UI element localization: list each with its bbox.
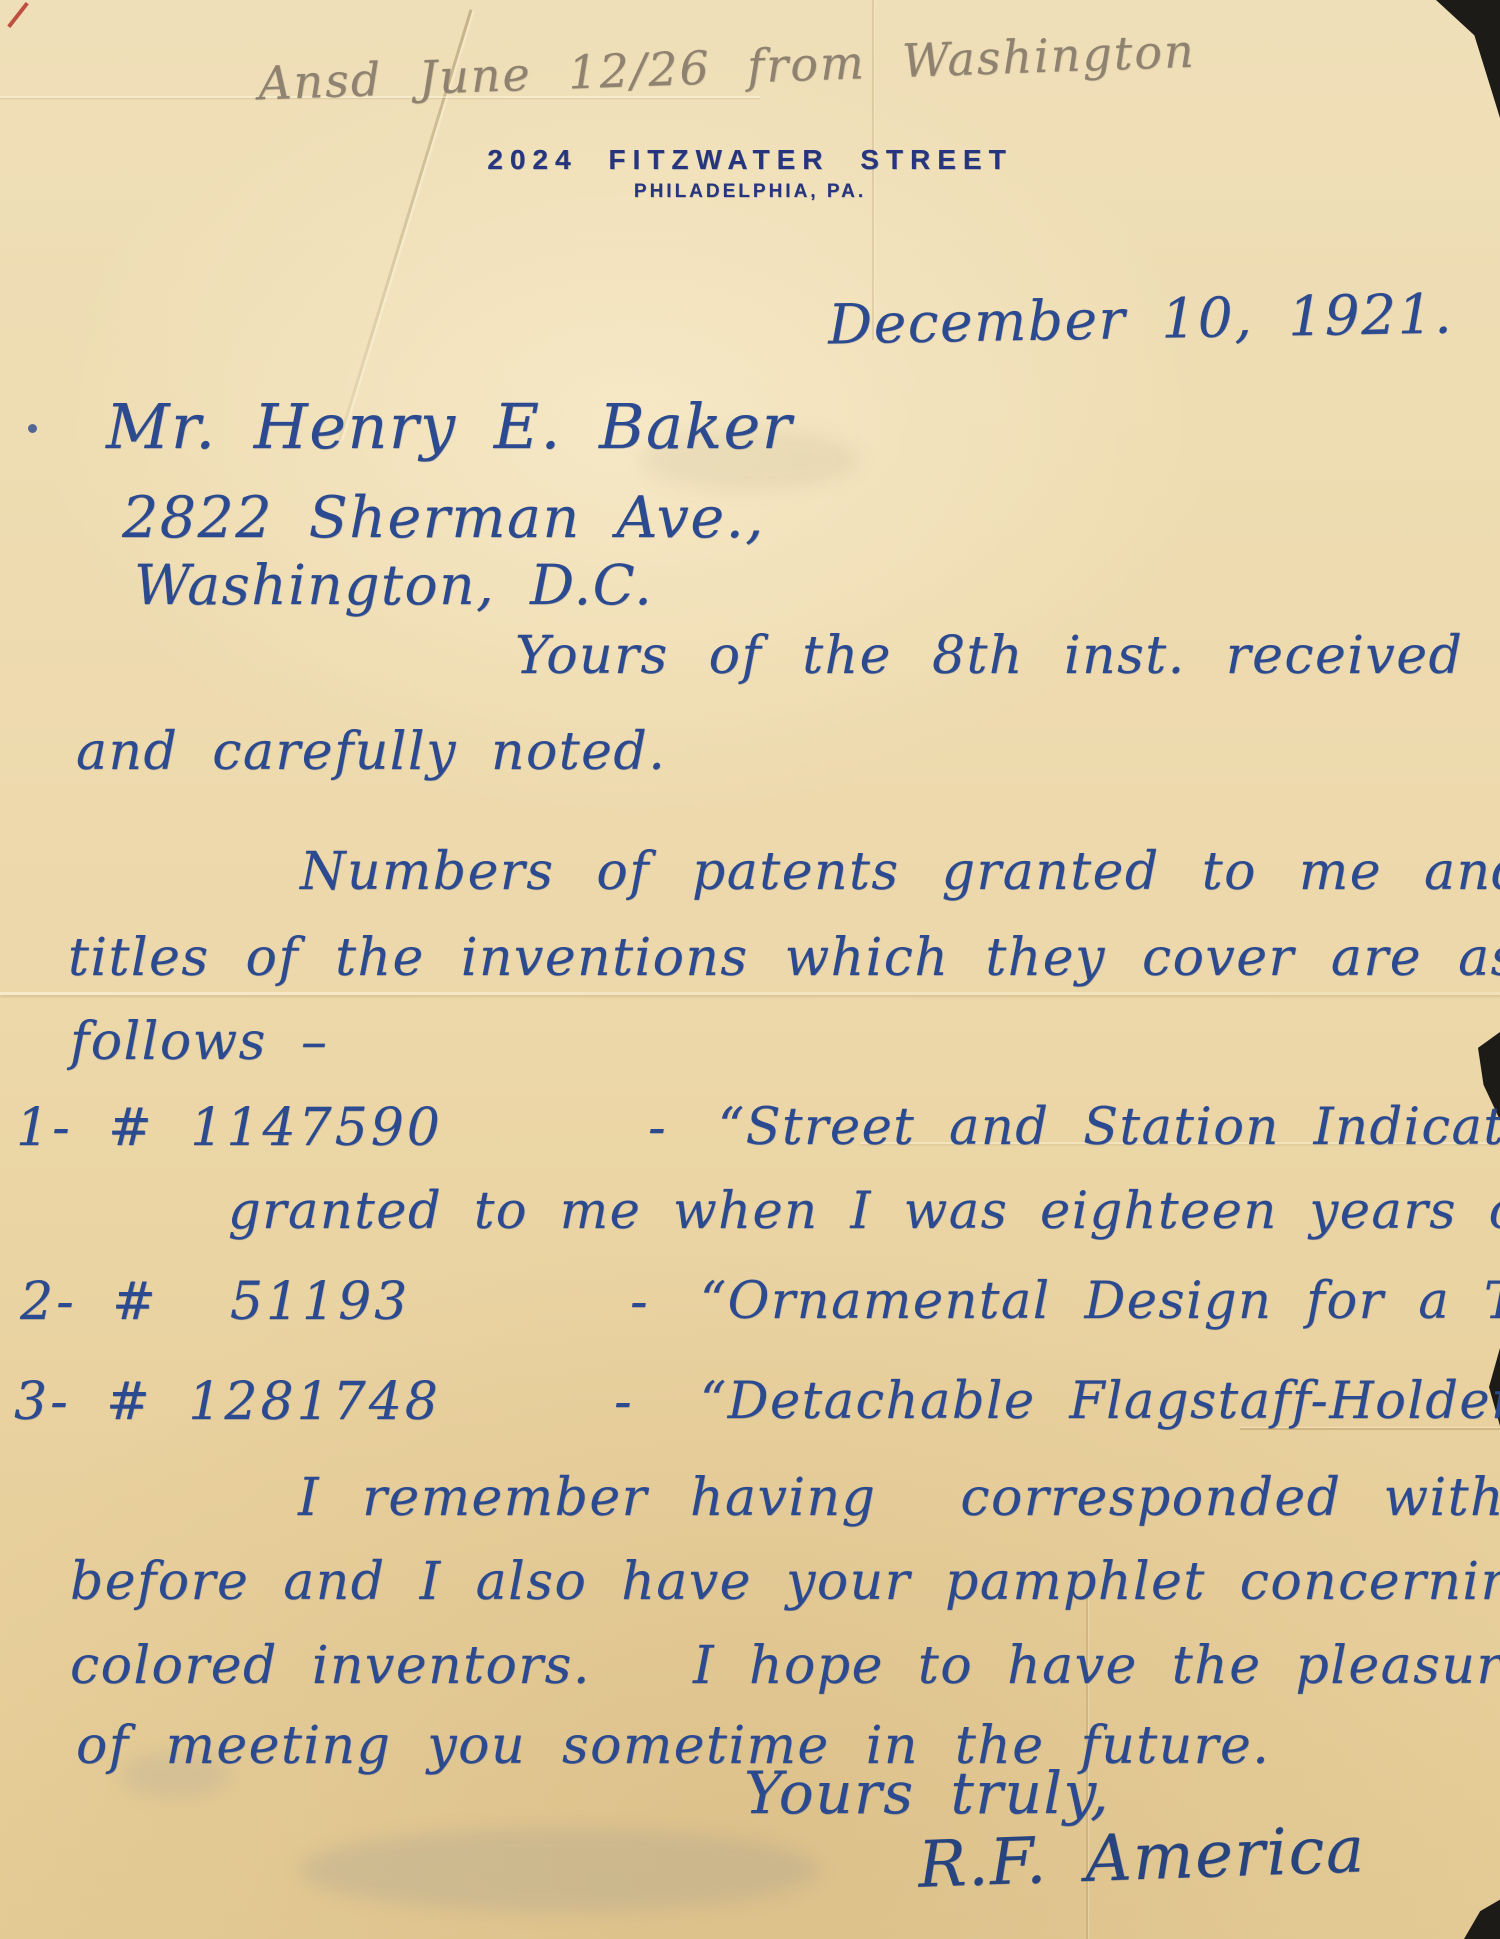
body-line: follows – — [70, 1016, 328, 1068]
recipient-name: Mr. Henry E. Baker — [106, 396, 793, 458]
signature: R.F. America — [917, 1818, 1366, 1898]
patent-title: “Ornamental Design for a Tire.” — [700, 1276, 1500, 1327]
date-line: December 10, 1921. — [828, 287, 1454, 353]
patent-list-item: 2- # 51193 - “Ornamental Design for a Ti… — [0, 1276, 1500, 1346]
body-line: colored inventors. I hope to have the pl… — [70, 1640, 1500, 1692]
scan-background-corner-top-right — [1436, 0, 1500, 118]
patent-dash: - — [648, 1102, 667, 1154]
recipient-city: Washington, D.C. — [134, 558, 653, 613]
crease-horizontal-middle — [0, 992, 1500, 995]
letterhead-city-line: PHILADELPHIA, PA. — [0, 182, 1500, 201]
patent-note: granted to me when I was eighteen years … — [228, 1186, 1500, 1237]
patent-number: 1- # 1147590 — [16, 1102, 443, 1154]
pencil-annotation: Ansd June 12/26 from Washington — [257, 24, 1196, 111]
valediction: Yours truly, — [744, 1764, 1110, 1822]
body-line: Yours of the 8th inst. received — [515, 630, 1463, 682]
patent-dash: - — [630, 1276, 649, 1328]
bleed-through-smudge — [300, 1828, 820, 1912]
patent-list-item: 3- # 1281748 - “Detachable Flagstaff-Hol… — [0, 1376, 1500, 1446]
body-line: I remember having corresponded with you — [298, 1472, 1500, 1524]
body-line: and carefully noted. — [76, 726, 666, 778]
letterhead: 2024 FITZWATER STREET PHILADELPHIA, PA. — [0, 146, 1500, 201]
patent-number: 2- # 51193 — [20, 1276, 410, 1328]
red-pencil-mark — [7, 2, 29, 28]
ink-dot — [28, 424, 37, 433]
body-line: Numbers of patents granted to me and — [300, 846, 1500, 898]
scan-background-corner-bottom-right — [1464, 1891, 1500, 1939]
patent-list-item: 1- # 1147590 - “Street and Station Indic… — [0, 1102, 1500, 1172]
recipient-street: 2822 Sherman Ave., — [122, 490, 765, 547]
body-line: before and I also have your pamphlet con… — [70, 1556, 1500, 1608]
patent-dash: - — [614, 1376, 633, 1428]
letter-page: Ansd June 12/26 from Washington 2024 FIT… — [0, 0, 1500, 1939]
patent-number: 3- # 1281748 — [14, 1376, 441, 1428]
letterhead-street-line: 2024 FITZWATER STREET — [0, 146, 1500, 174]
patent-title: “Detachable Flagstaff-Holders”. — [700, 1376, 1500, 1427]
patent-title: “Street and Station Indicators” — [718, 1102, 1500, 1153]
body-line: titles of the inventions which they cove… — [68, 932, 1500, 984]
